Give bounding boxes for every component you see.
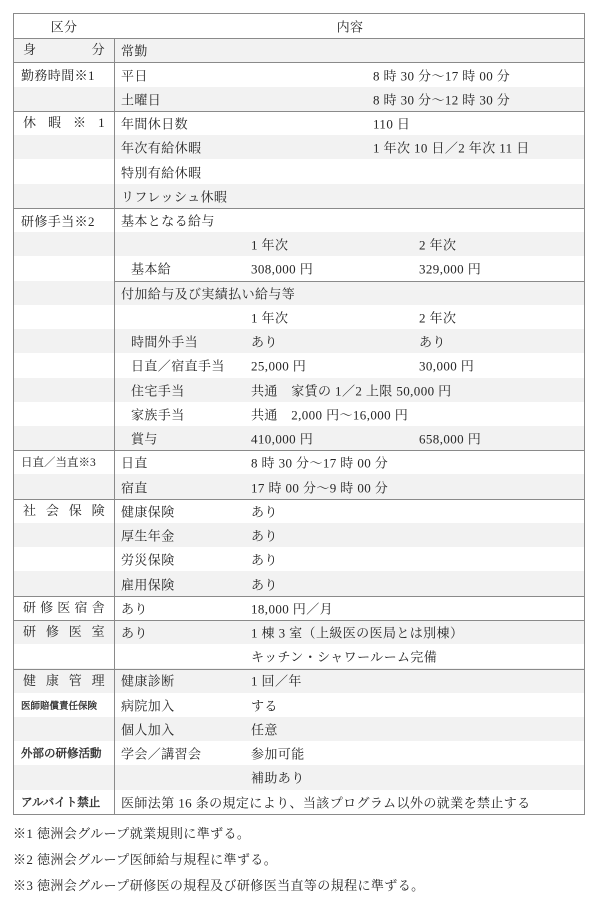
cell-year1-header: 1 年次 <box>251 235 288 254</box>
cell-label: 厚生年金 <box>121 526 175 545</box>
cell-value: あり <box>251 574 278 593</box>
table-row: 住宅手当共通 家賃の 1／2 上限 50,000 円 <box>14 378 584 402</box>
cell-label: 雇用保険 <box>121 574 175 593</box>
cell-value-year2: 329,000 円 <box>419 259 481 278</box>
cell-label: 健康保険 <box>121 501 175 520</box>
cell-value: 共通 家賃の 1／2 上限 50,000 円 <box>251 380 452 399</box>
cell-label: 家族手当 <box>131 404 185 423</box>
cell-value: 8 時 30 分〜12 時 30 分 <box>373 89 510 108</box>
cell-value: 1 回／年 <box>251 671 302 690</box>
table-row: 1 年次2 年次 <box>14 232 584 256</box>
cell-value-year1: 308,000 円 <box>251 259 313 278</box>
cell-label: 年次有給休暇 <box>121 138 201 157</box>
employment-conditions-document: 区分 内容 常勤 平日8 時 30 分〜17 時 00 分 土曜日8 時 30 … <box>0 0 598 891</box>
cell-label: 学会／講習会 <box>121 744 201 763</box>
column-header-category: 区分 <box>14 17 114 36</box>
cell-value: 共通 2,000 円〜16,000 円 <box>251 404 408 423</box>
cell-value: 17 時 00 分〜9 時 00 分 <box>251 477 388 496</box>
cell-label: 常勤 <box>121 41 148 60</box>
cell-label: 個人加入 <box>121 719 175 738</box>
cell-value: キッチン・シャワールーム完備 <box>251 647 437 666</box>
table-row: 付加給与及び実績払い給与等 <box>14 281 584 305</box>
cell-label: 年間休日数 <box>121 114 188 133</box>
table-row: 家族手当共通 2,000 円〜16,000 円 <box>14 402 584 426</box>
section-label-social-insurance: 社 会 保 険 <box>14 499 114 523</box>
cell-year1-header: 1 年次 <box>251 307 288 326</box>
cell-value-year1: あり <box>251 332 278 351</box>
cell-label: 宿直 <box>121 477 148 496</box>
section-label-resident-room: 研 修 医 室 <box>14 620 114 644</box>
cell-label: 住宅手当 <box>131 380 185 399</box>
cell-value: 8 時 30 分〜17 時 00 分 <box>251 453 388 472</box>
footnote-3: ※3 徳洲会グループ研修医の規程及び研修医当直等の規程に準ずる。 <box>13 873 585 899</box>
cell-value-year2: 30,000 円 <box>419 356 474 375</box>
section-label-training-allowance: 研修手当※2 <box>14 208 114 232</box>
section-label-resident-dormitory: 研 修 医 宿 舎 <box>14 596 114 620</box>
table-row: 時間外手当ありあり <box>14 329 584 353</box>
table-row: 労災保険あり <box>14 547 584 571</box>
table-row: キッチン・シャワールーム完備 <box>14 644 584 668</box>
cell-value-year2: あり <box>419 332 446 351</box>
cell-value-year1: 410,000 円 <box>251 429 313 448</box>
cell-year2-header: 2 年次 <box>419 307 456 326</box>
cell-year2-header: 2 年次 <box>419 235 456 254</box>
table-row: 雇用保険あり <box>14 571 584 595</box>
table-row: 年次有給休暇1 年次 10 日／2 年次 11 日 <box>14 135 584 159</box>
table-row: 賞与410,000 円658,000 円 <box>14 426 584 450</box>
cell-label: 平日 <box>121 65 148 84</box>
section-label-side-job-prohibited: アルバイト禁止 <box>14 790 114 814</box>
section-border-inner <box>114 281 584 282</box>
column-header-content: 内容 <box>114 17 586 36</box>
section-label-day-night-duty: 日直／当直※3 <box>14 450 114 474</box>
section-label-working-hours: 勤務時間※1 <box>14 62 114 86</box>
cell-label: 土曜日 <box>121 89 161 108</box>
cell-label: あり <box>121 598 148 617</box>
cell-value-year1: 25,000 円 <box>251 356 306 375</box>
cell-value: あり <box>251 526 278 545</box>
table-row: 日直／宿直手当25,000 円30,000 円 <box>14 353 584 377</box>
table-row: 個人加入任意 <box>14 717 584 741</box>
cell-label: 日直／宿直手当 <box>131 356 225 375</box>
section-label-malpractice-insurance: 医師賠償責任保険 <box>14 693 114 717</box>
cell-full-text: 医師法第 16 条の規定により、当該プログラム以外の就業を禁止する <box>121 792 531 811</box>
section-label-status: 身 分 <box>14 38 114 62</box>
cell-value: あり <box>251 501 278 520</box>
cell-value: する <box>251 695 278 714</box>
cell-label: あり <box>121 622 148 641</box>
table-row: リフレッシュ休暇 <box>14 184 584 208</box>
cell-label: 基本給 <box>131 259 171 278</box>
column-divider <box>114 38 115 814</box>
footnotes: ※1 徳洲会グループ就業規則に準ずる。 ※2 徳洲会グループ医師給与規程に準ずる… <box>13 821 585 899</box>
cell-value-year2: 658,000 円 <box>419 429 481 448</box>
cell-label: 付加給与及び実績払い給与等 <box>121 283 295 302</box>
table-row: 補助あり <box>14 765 584 789</box>
cell-value: 補助あり <box>251 768 305 787</box>
cell-value: 1 年次 10 日／2 年次 11 日 <box>373 138 530 157</box>
cell-value: 8 時 30 分〜17 時 00 分 <box>373 65 510 84</box>
cell-label: 労災保険 <box>121 550 175 569</box>
cell-label: 基本となる給与 <box>121 210 215 229</box>
section-label-external-training: 外部の研修活動 <box>14 741 114 765</box>
table-row: 厚生年金あり <box>14 523 584 547</box>
cell-label: 病院加入 <box>121 695 175 714</box>
cell-label: 健康診断 <box>121 671 175 690</box>
table-row: 宿直17 時 00 分〜9 時 00 分 <box>14 474 584 498</box>
cell-label: 特別有給休暇 <box>121 162 201 181</box>
footnote-1: ※1 徳洲会グループ就業規則に準ずる。 <box>13 821 585 847</box>
table-header-row: 区分 内容 <box>14 14 584 38</box>
cell-value: 1 棟 3 室（上級医の医局とは別棟） <box>251 622 463 641</box>
table-row: 土曜日8 時 30 分〜12 時 30 分 <box>14 87 584 111</box>
cell-label: リフレッシュ休暇 <box>121 186 227 205</box>
cell-label: 日直 <box>121 453 148 472</box>
section-label-health-management: 健 康 管 理 <box>14 669 114 693</box>
cell-label: 賞与 <box>131 429 158 448</box>
cell-value: あり <box>251 550 278 569</box>
conditions-table: 区分 内容 常勤 平日8 時 30 分〜17 時 00 分 土曜日8 時 30 … <box>13 13 585 815</box>
cell-value: 参加可能 <box>251 744 305 763</box>
cell-value: 110 日 <box>373 114 410 133</box>
table-row: 基本給308,000 円329,000 円 <box>14 256 584 280</box>
cell-value: 任意 <box>251 719 278 738</box>
cell-label: 時間外手当 <box>131 332 198 351</box>
table-row: 特別有給休暇 <box>14 159 584 183</box>
table-row: 1 年次2 年次 <box>14 305 584 329</box>
footnote-2: ※2 徳洲会グループ医師給与規程に準ずる。 <box>13 847 585 873</box>
section-label-holidays: 休 暇 ※ 1 <box>14 111 114 135</box>
cell-value: 18,000 円／月 <box>251 598 333 617</box>
